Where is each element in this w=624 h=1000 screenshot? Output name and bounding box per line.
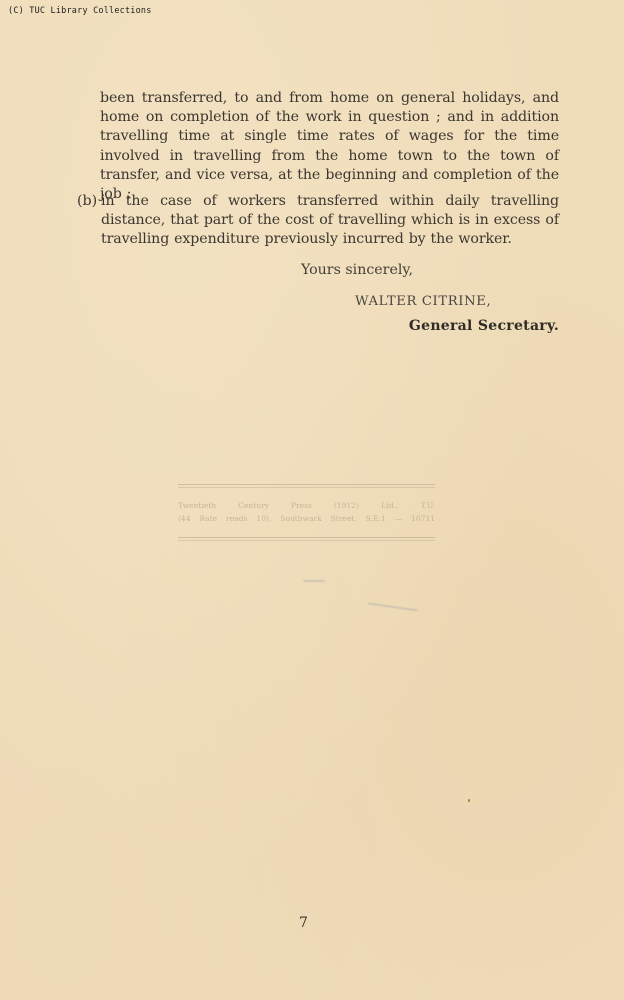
- paragraph-b-text: in the case of workers transferred withi…: [101, 192, 559, 250]
- paper-blemish: [368, 603, 418, 612]
- paper-speck: [468, 799, 470, 802]
- imprint-rule-top: [178, 484, 435, 488]
- imprint-rule-bottom: [178, 537, 435, 541]
- signature-title: General Secretary.: [409, 318, 559, 334]
- page-number: 7: [299, 915, 308, 931]
- imprint-line-2: (44 Rate reads 10), Southwark Street, S.…: [178, 514, 435, 523]
- paragraph-b: (b) in the case of workers transferred w…: [77, 192, 559, 250]
- paragraph-b-label: (b): [77, 192, 97, 211]
- watermark: (C) TUC Library Collections: [8, 6, 152, 16]
- imprint-line-1: Twentieth Century Press (1912) Ltd., T.U…: [178, 501, 435, 510]
- signature-name: WALTER CITRINE,: [355, 294, 491, 309]
- paragraph-a-continuation: been transferred, to and from home on ge…: [100, 89, 559, 204]
- closing-salutation: Yours sincerely,: [301, 262, 413, 278]
- printer-imprint: Twentieth Century Press (1912) Ltd., T.U…: [178, 484, 435, 542]
- paper-blemish: [303, 580, 325, 582]
